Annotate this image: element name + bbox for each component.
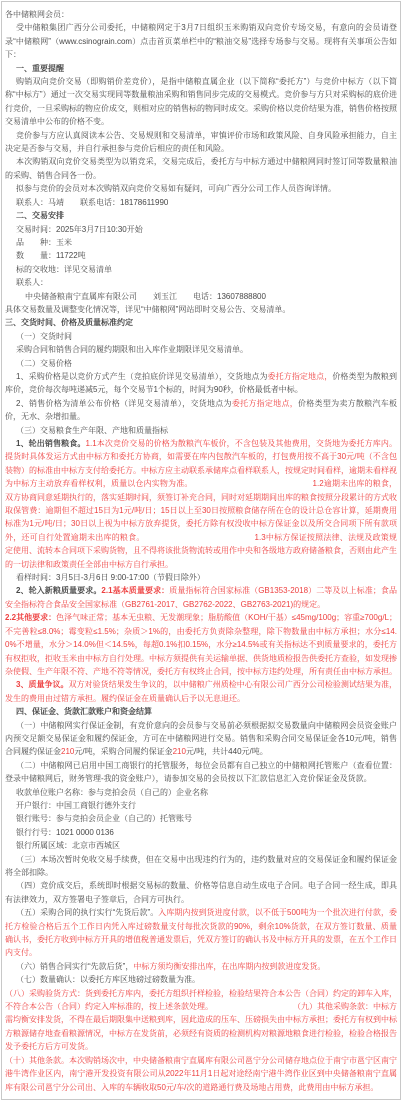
reminder-paragraph-1: 购销双向竞价交易（即购销价差竞价），是指中储粮直属企业（以下简称“委托方”）与竞… [5, 75, 397, 129]
text-run: （六）销售合同实行“先款后货”， [16, 962, 133, 971]
detail-notice-line: 具体交易数量及调整变化情况等，详见“中储粮网”网站即时交易公告、交易清单。 [5, 303, 397, 316]
text-run: 各中储粮网会员： [5, 10, 69, 19]
bank-custody-paragraph: （二）中储粮网已启用中国工商银行的托管服务，每位会员都有自己独立的中储粮网托管账… [5, 759, 397, 786]
text-run: 品 种：玉米 [16, 238, 72, 247]
bank-account-line: 银行账号：参与竞拍会员企业（自己的）托管账号 [5, 812, 397, 825]
trade-time-line: 交易时间：2025年3月7日10:30开始 [5, 223, 397, 236]
section-heading-4: 四、保证金、货款汇款账户和资金结算 [5, 705, 397, 718]
text-run: 3、质量争议。 [16, 680, 69, 689]
quantity-confirm-paragraph: （七）数量确认：以委托方库区地磅过磅数量为准。 [5, 973, 397, 986]
text-run: 收款单位账户名称：参与竞拍会员（自己的）企业名称 [16, 788, 208, 797]
salutation: 各中储粮网会员： [5, 8, 397, 21]
text-run: 元/吨，共计440元/吨。 [186, 747, 268, 756]
other-terms-paragraph: （十）其他条款。本次购销场次中，中央储备粮南宁直属库有限公司邕宁分公司储存地点位… [5, 1054, 397, 1094]
bank-name-line: 开户银行：中国工商银行德外支行 [5, 799, 397, 812]
e-contract-paragraph: （四）竞价成交后，系统即时根据交易标的数量、价格等信息自动生成电子合同。电子合同… [5, 879, 397, 906]
bank-number-line: 银行行号：1021 0000 0136 [5, 826, 397, 839]
text-run: （三）本场次暂时免收交易手续费，但在交易中出现违约行为的，违约数量对应的交易保证… [5, 855, 397, 877]
text-run: 2.1基本质量要求： [101, 586, 169, 595]
text-run: （三）交易粮食生产年限、产地和质量指标 [16, 426, 168, 435]
sale-price-paragraph: 2、销售价格为清单公布价格（详见交易清单），交货地点为委托方指定地点，价格类型为… [5, 397, 397, 424]
text-run: 委托方指定地点， [232, 399, 298, 408]
section-heading-3: 三、交货时间、价格及质量标准约定 [5, 316, 397, 329]
text-run: 三、交货时间、价格及质量标准约定 [5, 318, 133, 327]
quantity-line: 数 量：11722吨 [5, 249, 397, 262]
text-run: 一、重要提醒 [16, 64, 64, 73]
section-heading-1: 一、重要提醒 [5, 62, 397, 75]
text-run: 中标方须均衡安排出库，在出库期内按到款进度发货。 [133, 962, 325, 971]
announcement-page: 各中储粮网会员：受中储粮集团广西分公司委托，中储粮网定于3月7日组织玉米购销双向… [0, 1, 402, 1100]
text-run: （二）交易价格 [16, 359, 72, 368]
deposit-paragraph: （一）中储粮网实行保证金制，有竞价意向的会员参与交易前必须根据拟交易数量向中储粮… [5, 719, 397, 759]
text-run: 拟参与竞价的会员对本次购销双向竞价交易如有疑问，可向广西分公司工作人员咨询详情。 [16, 184, 336, 193]
outbound-grain-paragraph: 1、轮出销售粮食。1.1本次竞价交易的价格为散粮汽车板价，不含包装及其他费用，交… [5, 437, 397, 571]
text-run: 1、采购价格是以竞价方式产生（竞拍底价详见交易清单），交货地点为 [16, 372, 268, 381]
text-run: 本次购销双向竞价交易类型为以销竞采，交易完成后，委托方与中标方通过中储粮网同时签… [5, 157, 397, 179]
sub-heading-3-1: （一）交货时间 [5, 330, 397, 343]
text-run: 四、保证金、货款汇款账户和资金结算 [16, 707, 152, 716]
justify-gap [193, 485, 313, 486]
text-run: 1、轮出销售粮食。 [16, 439, 86, 448]
text-run: 看样时间：3月5日-3月6日 9:00-17:00（节假日除外） [16, 573, 205, 582]
text-run: 购销双向竞价交易（即购销价差竞价），是指中储粮直属企业（以下简称“委托方”）与竞… [5, 77, 397, 126]
quality-dispute-paragraph: 3、质量争议。双方对验货结果发生争议的，以中储粮广州质检中心有限公司广西分公司检… [5, 678, 397, 705]
other-quality-paragraph: 2.2其他要求：色泽气味正常；基本无虫粮、无发潮现象；脂肪酸值（KOH/干基）≤… [5, 611, 397, 678]
sub-heading-3-3: （三）交易粮食生产年限、产地和质量指标 [5, 424, 397, 437]
text-run: 数 量：11722吨 [16, 251, 86, 260]
purchase-payment-paragraph: （五）采购合同的执行实行“先货后款”。入库期内按到货进度付款，以不低于500吨为… [5, 906, 397, 960]
text-run: 联系人： [16, 278, 48, 287]
section-heading-2: 二、交易安排 [5, 209, 397, 222]
delivery-time-paragraph: 采购合同和销售合同的履约期限和出入库作业期限详见交易清单。 [5, 343, 397, 356]
depot-contact-line: 中央储备粮南宁直属库有限公司 刘玉江 电话：13607888800 [5, 290, 397, 303]
text-run: 色泽气味正常；基本无虫粮、无发潮现象；脂肪酸值（KOH/干基）≤45mg/100… [5, 613, 397, 676]
justify-gap [145, 539, 255, 540]
text-run: 采购合同和销售合同的履约期限和出入库作业期限详见交易清单。 [16, 345, 248, 354]
text-run: （十）其他条款。本次购销场次中，中央储备粮南宁直属库有限公司邕宁分公司储存地点位… [5, 1056, 397, 1092]
inbound-grain-paragraph: 2、轮入新粮质量要求。2.1基本质量要求：质量指标符合国家标准（GB1353-2… [5, 584, 397, 611]
text-run: 标的交收地：详见交易清单 [16, 265, 112, 274]
text-run: 210 [61, 747, 74, 756]
text-run: 受中储粮集团广西分公司委托，中储粮网定于3月7日组织玉米购销双向竞价专场交易，有… [5, 23, 397, 59]
text-run: 联系人：马靖 联系电话：18178611990 [16, 198, 168, 207]
text-run: 210 [173, 747, 186, 756]
purchase-price-paragraph: 1、采购价格是以竞价方式产生（竞拍底价详见交易清单），交货地点为委托方指定地点，… [5, 370, 397, 397]
intro-paragraph: 受中储粮集团广西分公司委托，中储粮网定于3月7日组织玉米购销双向竞价专场交易，有… [5, 21, 397, 61]
text-run: 2、轮入新粮质量要求。 [16, 586, 101, 595]
text-run: 具体交易数量及调整变化情况等，详见“中储粮网”网站即时交易公告、交易清单。 [5, 305, 290, 314]
announcement-document: 各中储粮网会员：受中储粮集团广西分公司委托，中储粮网定于3月7日组织玉米购销双向… [1, 1, 401, 1100]
text-run: 银行所属区域：北京市西城区 [16, 841, 120, 850]
text-run: 二、交易安排 [16, 211, 64, 220]
justify-gap [213, 1008, 293, 1009]
text-run: 2、销售价格为清单公布价格（详见交易清单），交货地点为 [16, 399, 232, 408]
text-run: （四）竞价成交后，系统即时根据交易标的数量、价格等信息自动生成电子合同。电子合同… [5, 881, 397, 903]
text-run: 竞价参与方应认真阅读本公告、交易规则和交易清单，审慎评价市场和政策风险、自身风险… [5, 131, 397, 153]
payee-name-line: 收款单位账户名称：参与竞拍会员（自己的）企业名称 [5, 786, 397, 799]
inspection-terms-paragraph: （八）采购验货方式：货到委托方库内，委托方组织扦样检验，检验结果符合本公告（合同… [5, 987, 397, 1054]
sub-heading-3-2: （二）交易价格 [5, 357, 397, 370]
text-run: 银行行号：1021 0000 0136 [16, 828, 114, 837]
contact-line: 联系人：马靖 联系电话：18178611990 [5, 196, 397, 209]
text-run: （二）中储粮网已启用中国工商银行的托管服务，每位会员都有自己独立的中储粮网托管账… [5, 761, 397, 783]
variety-line: 品 种：玉米 [5, 236, 397, 249]
fee-waiver-paragraph: （三）本场次暂时免收交易手续费，但在交易中出现违约行为的，违约数量对应的交易保证… [5, 853, 397, 880]
text-run: 委托方指定地点， [268, 372, 333, 381]
text-run: 开户银行：中国工商银行德外支行 [16, 801, 136, 810]
text-run: 2.2其他要求： [5, 613, 56, 622]
delivery-place-line: 标的交收地：详见交易清单 [5, 263, 397, 276]
text-run: 中央储备粮南宁直属库有限公司 刘玉江 电话：13607888800 [25, 292, 266, 301]
text-run: 银行账号：参与竞拍会员企业（自己的）托管账号 [16, 814, 192, 823]
text-run: 元/吨，采购合同履约保证金 [74, 747, 172, 756]
bank-region-line: 银行所属区域：北京市西城区 [5, 839, 397, 852]
text-run: （一）交货时间 [16, 332, 72, 341]
reminder-paragraph-2: 竞价参与方应认真阅读本公告、交易规则和交易清单，审慎评价市场和政策风险、自身风险… [5, 129, 397, 156]
sale-payment-paragraph: （六）销售合同实行“先款后货”，中标方须均衡安排出库，在出库期内按到款进度发货。 [5, 960, 397, 973]
sampling-time-line: 看样时间：3月5日-3月6日 9:00-17:00（节假日除外） [5, 571, 397, 584]
contact-label-line: 联系人： [5, 276, 397, 289]
text-run: 交易时间：2025年3月7日10:30开始 [16, 225, 143, 234]
text-run: （七）数量确认：以委托方库区地磅过磅数量为准。 [16, 975, 200, 984]
reminder-paragraph-4: 拟参与竞价的会员对本次购销双向竞价交易如有疑问，可向广西分公司工作人员咨询详情。 [5, 182, 397, 195]
text-run: （五）采购合同的执行实行“先货后款”。 [16, 908, 158, 917]
reminder-paragraph-3: 本次购销双向竞价交易类型为以销竞采，交易完成后，委托方与中标方通过中储粮网同时签… [5, 155, 397, 182]
